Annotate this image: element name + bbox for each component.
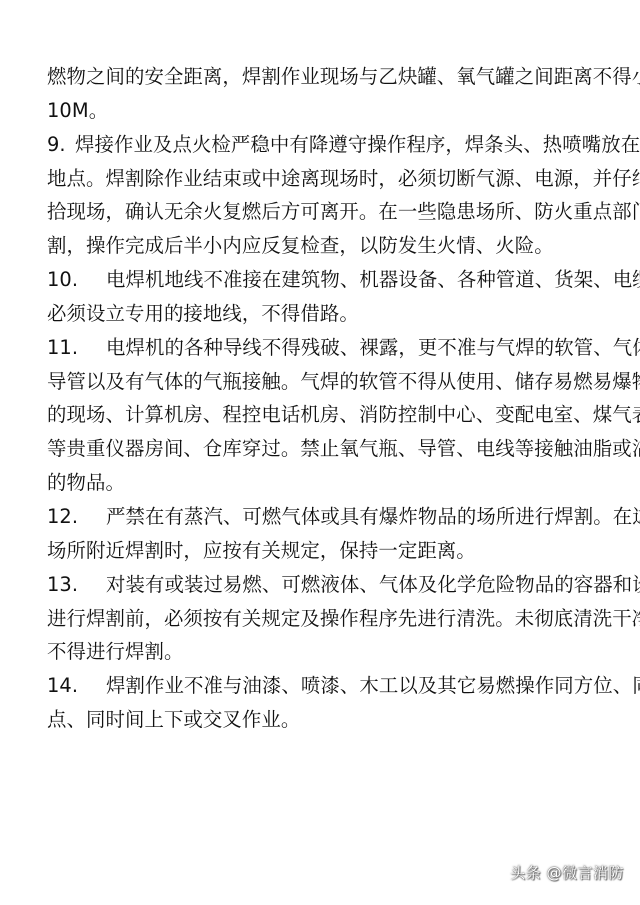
text-line: 导管以及有气体的气瓶接触。气焊的软管不得从使用、储存易燃易爆物品	[47, 365, 601, 399]
text-line: 拾现场，确认无余火复燃后方可离开。在一些隐患场所、防火重点部门焊	[47, 195, 601, 229]
text-line: 的物品。	[47, 466, 601, 500]
list-item-14: 14.焊割作业不准与油漆、喷漆、木工以及其它易燃操作同方位、同地	[47, 669, 601, 703]
text-line: 的现场、计算机房、程控电话机房、消防控制中心、变配电室、煤气表室	[47, 398, 601, 432]
item-text: 电焊机地线不准接在建筑物、机器设备、各种管道、货架、电缆上	[106, 268, 640, 291]
document-body: 燃物之间的安全距离，焊割作业现场与乙炔罐、氧气罐之间距离不得小于 10M。 9.…	[47, 60, 601, 737]
text-line: 等贵重仪器房间、仓库穿过。禁止氧气瓶、导管、电线等接触油脂或沾油	[47, 432, 601, 466]
source-watermark: 头条 @微言消防	[510, 862, 624, 883]
item-text: 焊割作业不准与油漆、喷漆、木工以及其它易燃操作同方位、同地	[106, 674, 640, 697]
item-number: 11.	[47, 331, 106, 365]
text-line: 地点。焊割除作业结束或中途离现场时，必须切断气源、电源，并仔细收	[47, 162, 601, 196]
text-line: 必须设立专用的接地线，不得借路。	[47, 297, 601, 331]
item-text: 严禁在有蒸汽、可燃气体或具有爆炸物品的场所进行焊割。在这些	[106, 505, 640, 528]
item-text: 电焊机的各种导线不得残破、裸露，更不准与气焊的软管、气体的	[106, 336, 640, 359]
list-item-13: 13.对装有或装过易燃、可燃液体、气体及化学危险物品的容器和设备	[47, 568, 601, 602]
item-text: 对装有或装过易燃、可燃液体、气体及化学危险物品的容器和设备	[106, 573, 640, 596]
list-item-10: 10.电焊机地线不准接在建筑物、机器设备、各种管道、货架、电缆上	[47, 263, 601, 297]
list-item-11: 11.电焊机的各种导线不得残破、裸露，更不准与气焊的软管、气体的	[47, 331, 601, 365]
text-line: 割，操作完成后半小内应反复检查，以防发生火情、火险。	[47, 229, 601, 263]
text-line: 进行焊割前，必须按有关规定及操作程序先进行清洗。未彻底清洗干净前，	[47, 602, 601, 636]
text-line: 点、同时间上下或交叉作业。	[47, 703, 601, 737]
item-number: 14.	[47, 669, 106, 703]
list-item-12: 12.严禁在有蒸汽、可燃气体或具有爆炸物品的场所进行焊割。在这些	[47, 500, 601, 534]
item-number: 9.	[47, 128, 75, 162]
item-number: 13.	[47, 568, 106, 602]
item-number: 10.	[47, 263, 106, 297]
item-text: 焊接作业及点火检严稳中有降遵守操作程序，焊条头、热喷嘴放在隔热	[75, 133, 640, 156]
list-item-9: 9.焊接作业及点火检严稳中有降遵守操作程序，焊条头、热喷嘴放在隔热	[47, 128, 601, 162]
text-line: 不得进行焊割。	[47, 635, 601, 669]
text-line: 场所附近焊割时，应按有关规定，保持一定距离。	[47, 534, 601, 568]
text-line: 10M。	[47, 94, 601, 128]
text-line: 燃物之间的安全距离，焊割作业现场与乙炔罐、氧气罐之间距离不得小于	[47, 60, 601, 94]
item-number: 12.	[47, 500, 106, 534]
